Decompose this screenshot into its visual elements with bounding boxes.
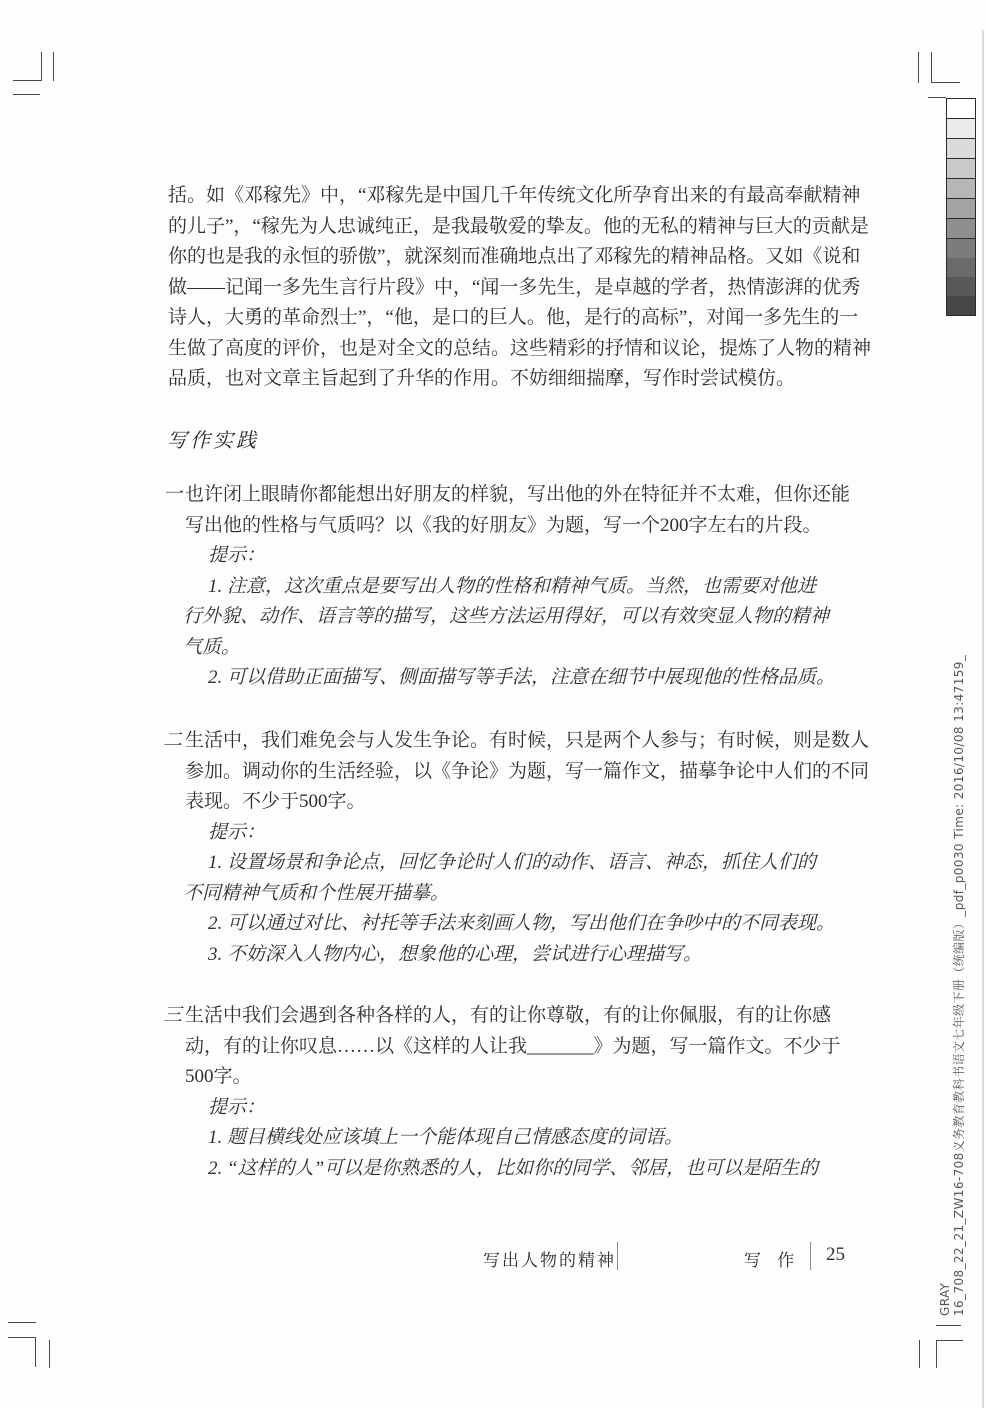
- graybar-step: [947, 296, 975, 315]
- graybar-step: [947, 139, 975, 159]
- crop-mark: [49, 1340, 50, 1368]
- text-line: 一也许闭上眼睛你都能想出好朋友的样貌，写出他的外在特征并不太难，但你还能: [185, 480, 853, 511]
- text-line: 生活中，我们难免会与人发生争论。有时候，只是两个人参与；有时候，则是数人: [185, 730, 869, 751]
- stamp-gray-label: GRAY: [938, 655, 952, 1316]
- text-line: 三生活中我们会遇到各种各样的人，有的让你尊敬，有的让你佩服，有的让你感: [185, 1001, 853, 1032]
- graybar-step: [947, 159, 975, 179]
- hint-label: 提示：: [185, 1093, 853, 1124]
- text-line: 的儿子”，“稼先为人忠诚纯正，是我最敬爱的挚友。他的无私的精神与巨大的贡献是: [168, 212, 845, 243]
- text-line: 生做了高度的评价，也是对全文的总结。这些精彩的抒情和议论，提炼了人物的精神: [168, 334, 845, 365]
- text-line: 做——记闻一多先生言行片段》中，“闻一多先生，是卓越的学者，热情澎湃的优秀: [168, 273, 845, 304]
- exercise-one: 一也许闭上眼睛你都能想出好朋友的样貌，写出他的外在特征并不太难，但你还能 写出他…: [163, 480, 853, 694]
- graybar-step: [947, 277, 975, 296]
- exercise-number: 二: [163, 726, 182, 757]
- text-line: 也许闭上眼睛你都能想出好朋友的样貌，写出他的外在特征并不太难，但你还能: [185, 484, 850, 505]
- crop-mark: [919, 1340, 920, 1368]
- graybar-step: [947, 199, 975, 219]
- crop-mark: [936, 1325, 961, 1326]
- hint-label: 提示：: [185, 818, 853, 849]
- graybar-step: [947, 219, 975, 239]
- graybar-step: [947, 179, 975, 199]
- intro-paragraph: 括。如《邓稼先》中，“邓稼先是中国几千年传统文化所孕育出来的有最高奉献精神 的儿…: [168, 181, 845, 395]
- footer-divider: [617, 1242, 618, 1270]
- crop-mark: [8, 1322, 36, 1323]
- scanned-textbook-page: GRAY 16_708_22_21_ZW16-708义务教育教科书语文七年级下册…: [0, 0, 986, 1408]
- text-line: 参加。调动你的生活经验，以《争论》为题，写一篇作文，描摹争论中人们的不同: [185, 757, 853, 788]
- crop-mark: [53, 52, 54, 81]
- text-line: 二生活中，我们难免会与人发生争论。有时候，只是两个人参与；有时候，则是数人: [185, 726, 853, 757]
- footer-chapter-title: 写出人物的精神: [483, 1246, 616, 1271]
- crop-mark: [35, 1337, 36, 1367]
- crop-mark: [931, 82, 960, 83]
- crop-mark: [936, 1340, 963, 1341]
- graybar-step: [947, 239, 975, 258]
- exercise-number: 三: [163, 1001, 182, 1032]
- text-line: 写出他的性格与气质吗？以《我的好朋友》为题，写一个200字左右的片段。: [185, 511, 853, 542]
- hint-line: 1. 题目横线处应该填上一个能体现自己情感态度的词语。: [185, 1123, 853, 1154]
- section-heading: 写作实践: [167, 424, 259, 453]
- text-line: 诗人，大勇的革命烈士”，“他，是口的巨人。他，是行的高标”，对闻一多先生的一: [168, 303, 845, 334]
- hint-line: 不同精神气质和个性展开描摹。: [183, 879, 853, 910]
- text-line: 动，有的让你叹息……以《这样的人让我_______》为题，写一篇作文。不少于: [185, 1032, 853, 1063]
- footer-page-number: 25: [826, 1244, 845, 1266]
- crop-mark: [8, 1337, 36, 1338]
- production-stamp: GRAY 16_708_22_21_ZW16-708义务教育教科书语文七年级下册…: [938, 655, 966, 1316]
- exercise-three: 三生活中我们会遇到各种各样的人，有的让你尊敬，有的让你佩服，有的让你感 动，有的…: [163, 1001, 853, 1184]
- crop-mark: [13, 94, 40, 95]
- hint-line: 行外貌、动作、语言等的描写，这些方法运用得好，可以有效突显人物的精神: [183, 602, 853, 633]
- text-line: 品质，也对文章主旨起到了升华的作用。不妨细细揣摩，写作时尝试模仿。: [168, 364, 845, 395]
- crop-mark: [41, 52, 42, 81]
- hint-line: 2. 可以通过对比、衬托等手法来刻画人物，写出他们在争吵中的不同表现。: [185, 909, 853, 940]
- exercise-number: 一: [163, 480, 182, 511]
- hint-line: 2. 可以借助正面描写、侧面描写等手法，注意在细节中展现他的性格品质。: [185, 663, 853, 694]
- hint-line: 2. “这样的人”可以是你熟悉的人，比如你的同学、邻居，也可以是陌生的: [185, 1154, 853, 1185]
- grayscale-calibration-bar: [946, 98, 976, 316]
- text-line: 500字。: [185, 1062, 853, 1093]
- hint-line: 1. 注意，这次重点是要写出人物的性格和精神气质。当然，也需要对他进: [185, 572, 853, 603]
- crop-mark: [936, 1340, 937, 1368]
- exercise-two: 二生活中，我们难免会与人发生争论。有时候，只是两个人参与；有时候，则是数人 参加…: [163, 726, 853, 970]
- footer-section-label: 写 作: [744, 1246, 800, 1271]
- hint-line: 气质。: [183, 633, 853, 664]
- crop-mark: [918, 52, 919, 83]
- crop-mark: [13, 80, 42, 81]
- crop-mark: [931, 52, 932, 83]
- graybar-step: [947, 258, 975, 277]
- stamp-info-line: 16_708_22_21_ZW16-708义务教育教科书语文七年级下册（统编版）…: [952, 655, 966, 1316]
- hint-line: 3. 不妨深入人物内心，想象他的心理，尝试进行心理描写。: [185, 940, 853, 971]
- footer-divider: [810, 1242, 811, 1270]
- text-line: 你的也是我的永恒的骄傲”，就深刻而准确地点出了邓稼先的精神品格。又如《说和: [168, 242, 845, 273]
- text-line: 括。如《邓稼先》中，“邓稼先是中国几千年传统文化所孕育出来的有最高奉献精神: [168, 181, 845, 212]
- graybar-step: [947, 99, 975, 119]
- text-line: 生活中我们会遇到各种各样的人，有的让你尊敬，有的让你佩服，有的让你感: [185, 1005, 831, 1026]
- hint-line: 1. 设置场景和争论点，回忆争论时人们的动作、语言、神态，抓住人们的: [185, 848, 853, 879]
- scan-edge-line: [982, 30, 984, 1408]
- hint-label: 提示：: [185, 541, 853, 572]
- text-line: 表现。不少于500字。: [185, 787, 853, 818]
- graybar-step: [947, 119, 975, 139]
- calibration-tick: [928, 97, 946, 98]
